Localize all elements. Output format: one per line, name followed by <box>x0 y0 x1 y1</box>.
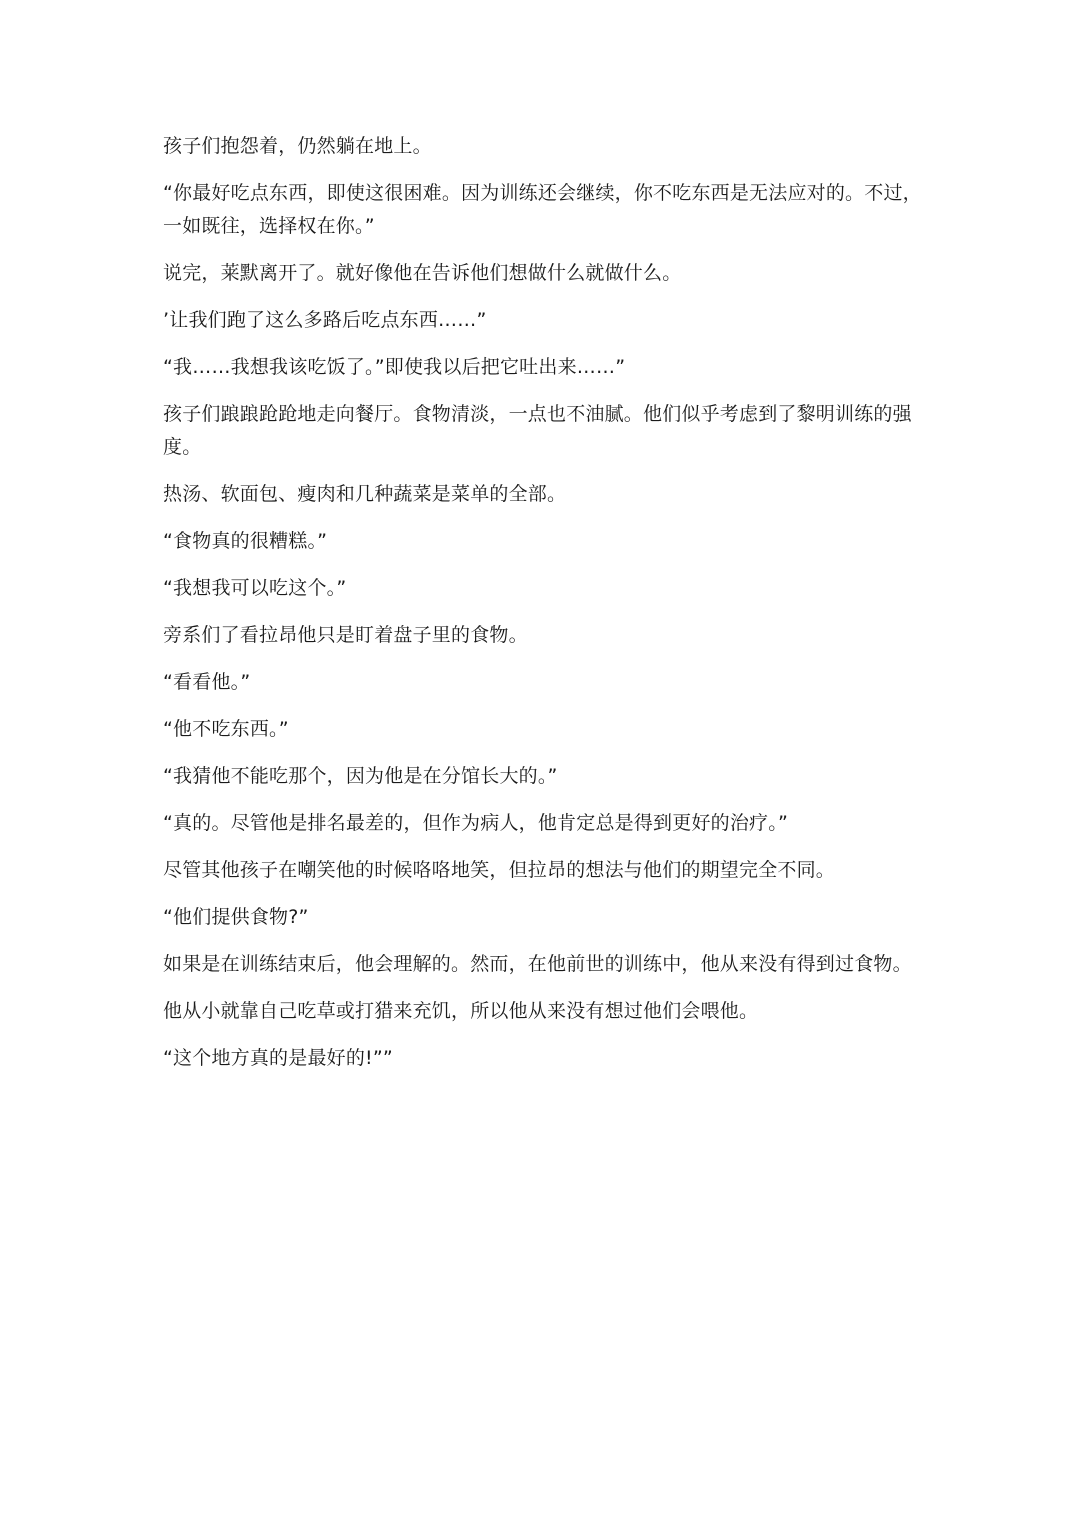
paragraph: 说完，莱默离开了。就好像他在告诉他们想做什么就做什么。 <box>163 257 923 290</box>
paragraph: “他们提供食物?” <box>163 901 923 934</box>
paragraph: “你最好吃点东西，即使这很困难。因为训练还会继续，你不吃东西是无法应对的。不过，… <box>163 177 923 243</box>
paragraph: 他从小就靠自己吃草或打猎来充饥，所以他从来没有想过他们会喂他。 <box>163 995 923 1028</box>
paragraph: 如果是在训练结束后，他会理解的。然而，在他前世的训练中，他从来没有得到过食物。 <box>163 948 923 981</box>
paragraph: “这个地方真的是最好的!”” <box>163 1042 923 1075</box>
paragraph: “我……我想我该吃饭了。”即使我以后把它吐出来……” <box>163 351 923 384</box>
paragraph: “他不吃东西。” <box>163 713 923 746</box>
paragraph: 尽管其他孩子在嘲笑他的时候咯咯地笑，但拉昂的想法与他们的期望完全不同。 <box>163 854 923 887</box>
paragraph: “看看他。” <box>163 666 923 699</box>
paragraph: “我想我可以吃这个。” <box>163 572 923 605</box>
paragraph: 孩子们踉踉跄跄地走向餐厅。食物清淡，一点也不油腻。他们似乎考虑到了黎明训练的强度… <box>163 398 923 464</box>
paragraph: 旁系们了看拉昂他只是盯着盘子里的食物。 <box>163 619 923 652</box>
paragraph: “真的。尽管他是排名最差的，但作为病人，他肯定总是得到更好的治疗。” <box>163 807 923 840</box>
paragraph: ’让我们跑了这么多路后吃点东西……” <box>163 304 923 337</box>
document-page: 孩子们抱怨着，仍然躺在地上。 “你最好吃点东西，即使这很困难。因为训练还会继续，… <box>163 130 923 1089</box>
paragraph: “食物真的很糟糕。” <box>163 525 923 558</box>
paragraph: 热汤、软面包、瘦肉和几种蔬菜是菜单的全部。 <box>163 478 923 511</box>
paragraph: 孩子们抱怨着，仍然躺在地上。 <box>163 130 923 163</box>
paragraph: “我猜他不能吃那个，因为他是在分馆长大的。” <box>163 760 923 793</box>
